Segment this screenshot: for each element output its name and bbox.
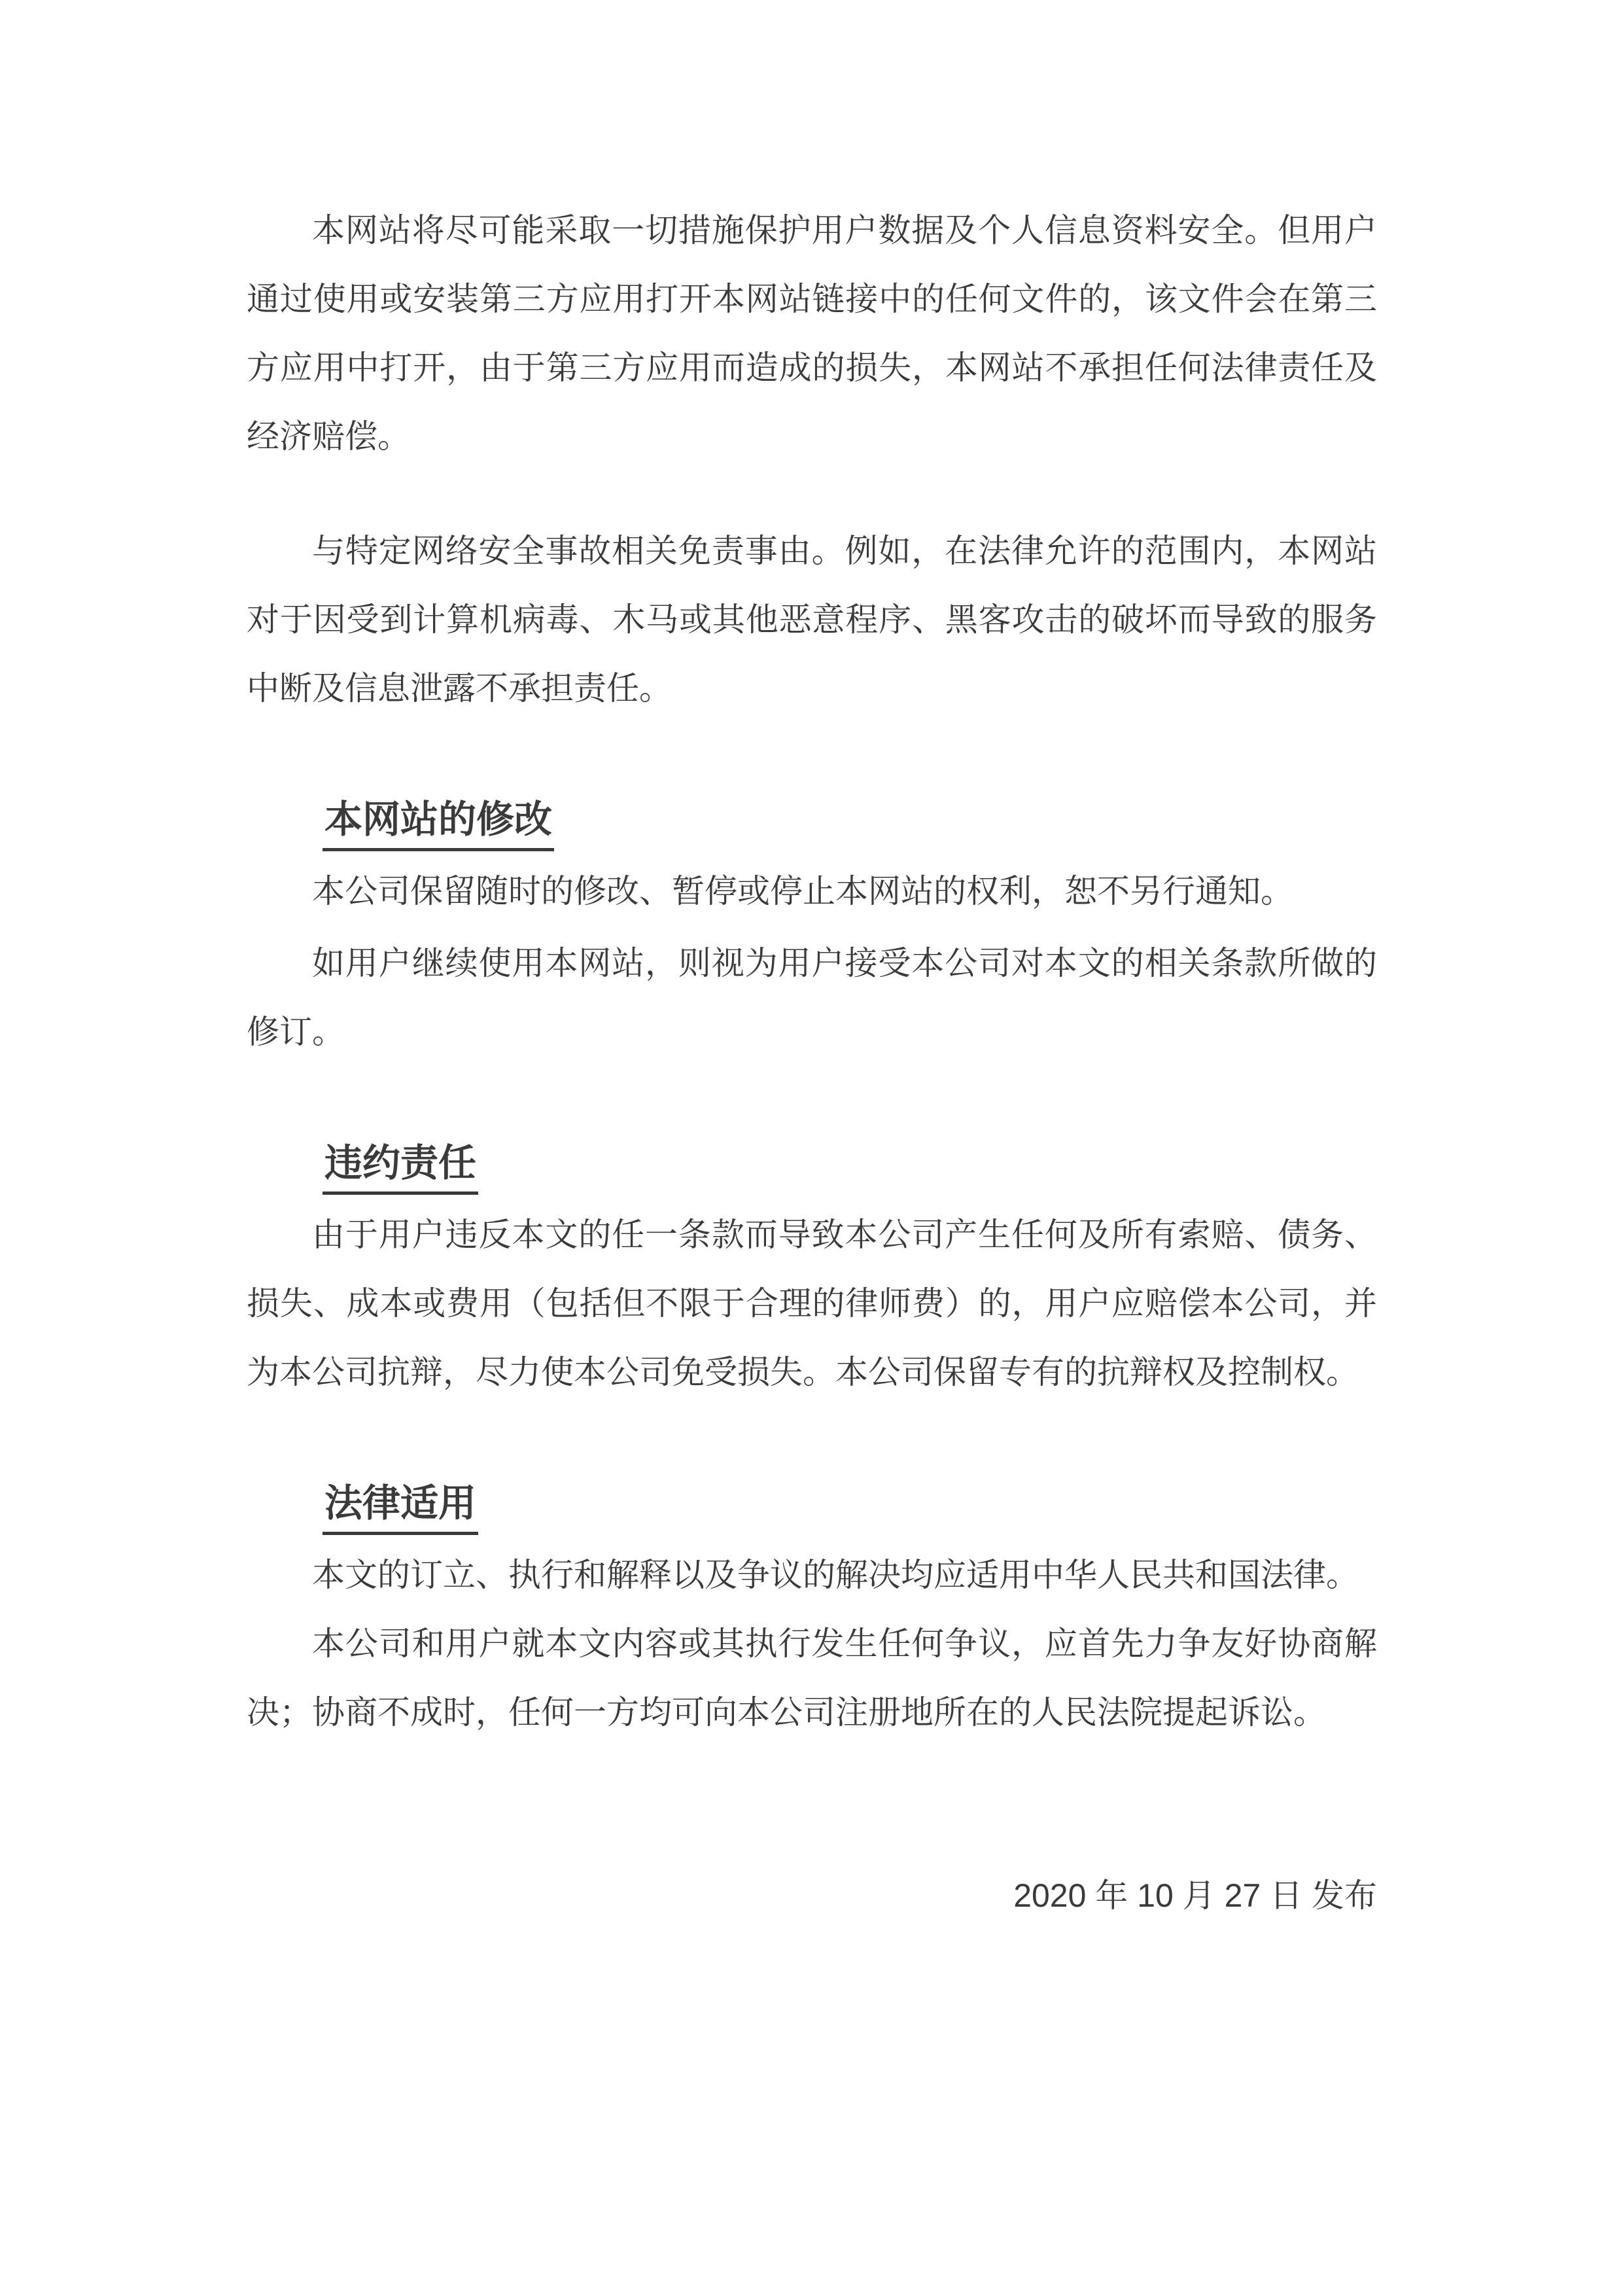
text-line: 本文的订立、执行和解释以及争议的解决均应适用中华人民共和国法律。 [247, 1541, 1377, 1610]
section-heading-text: 法律适用 [323, 1472, 478, 1535]
text-line: 损失、成本或费用（包括但不限于合理的律师费）的，用户应赔偿本公司，并 [247, 1269, 1377, 1338]
text-line: 通过使用或安装第三方应用打开本网站链接中的任何文件的，该文件会在第三 [247, 265, 1377, 334]
section-heading: 法律适用 [323, 1469, 1377, 1538]
text-line: 经济赔偿。 [247, 402, 1377, 471]
text-line: 修订。 [247, 998, 1377, 1067]
paragraph: 本公司和用户就本文内容或其执行发生任何争议，应首先力争友好协商解决；协商不成时，… [247, 1610, 1377, 1747]
text-line: 如用户继续使用本网站，则视为用户接受本公司对本文的相关条款所做的 [247, 929, 1377, 998]
text-line: 本网站将尽可能采取一切措施保护用户数据及个人信息资料安全。但用户 [247, 196, 1377, 265]
text-line: 本公司和用户就本文内容或其执行发生任何争议，应首先力争友好协商解 [247, 1610, 1377, 1678]
text-line: 与特定网络安全事故相关免责事由。例如，在法律允许的范围内，本网站 [247, 517, 1377, 586]
paragraph: 与特定网络安全事故相关免责事由。例如，在法律允许的范围内，本网站对于因受到计算机… [247, 517, 1377, 723]
document-content: 本网站将尽可能采取一切措施保护用户数据及个人信息资料安全。但用户通过使用或安装第… [247, 196, 1377, 1930]
paragraph: 如用户继续使用本网站，则视为用户接受本公司对本文的相关条款所做的修订。 [247, 929, 1377, 1067]
section-heading-text: 违约责任 [323, 1132, 478, 1195]
section-heading: 本网站的修改 [323, 785, 1377, 854]
text-line: 对于因受到计算机病毒、木马或其他恶意程序、黑客攻击的破坏而导致的服务 [247, 586, 1377, 654]
text-line: 决；协商不成时，任何一方均可向本公司注册地所在的人民法院提起诉讼。 [247, 1678, 1377, 1747]
text-line: 由于用户违反本文的任一条款而导致本公司产生任何及所有索赔、债务、 [247, 1201, 1377, 1269]
text-line: 中断及信息泄露不承担责任。 [247, 654, 1377, 723]
paragraph: 本公司保留随时的修改、暂停或停止本网站的权利，恕不另行通知。 [247, 857, 1377, 926]
text-line: 方应用中打开，由于第三方应用而造成的损失，本网站不承担任何法律责任及 [247, 334, 1377, 402]
text-line: 本公司保留随时的修改、暂停或停止本网站的权利，恕不另行通知。 [247, 857, 1377, 926]
document-page: 本网站将尽可能采取一切措施保护用户数据及个人信息资料安全。但用户通过使用或安装第… [0, 0, 1623, 2296]
section-heading-text: 本网站的修改 [323, 788, 554, 851]
paragraph: 本网站将尽可能采取一切措施保护用户数据及个人信息资料安全。但用户通过使用或安装第… [247, 196, 1377, 471]
publish-date: 2020 年 10 月 27 日 发布 [247, 1862, 1377, 1930]
section-heading: 违约责任 [323, 1129, 1377, 1197]
paragraph: 由于用户违反本文的任一条款而导致本公司产生任何及所有索赔、债务、损失、成本或费用… [247, 1201, 1377, 1407]
text-line: 为本公司抗辩，尽力使本公司免受损失。本公司保留专有的抗辩权及控制权。 [247, 1338, 1377, 1407]
paragraph: 本文的订立、执行和解释以及争议的解决均应适用中华人民共和国法律。 [247, 1541, 1377, 1610]
